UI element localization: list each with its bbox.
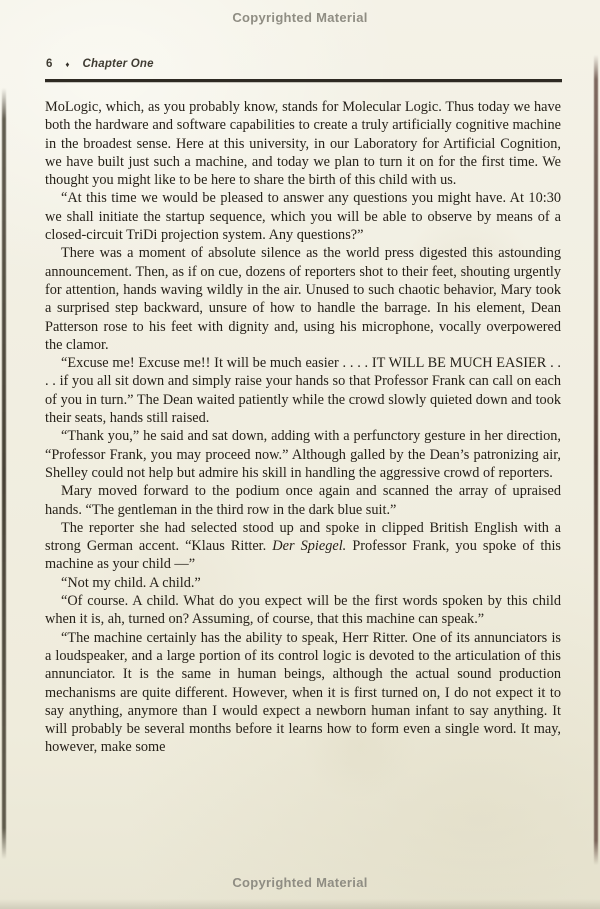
right-scan-edge (594, 55, 598, 865)
paragraph: “Not my child. A child.” (45, 574, 561, 592)
paragraph: The reporter she had selected stood up a… (45, 519, 561, 574)
header-rule (45, 79, 562, 82)
paragraph: “The machine certainly has the ability t… (45, 629, 561, 757)
paragraph: “Thank you,” he said and sat down, addin… (45, 427, 561, 482)
paragraph: MoLogic, which, as you probably know, st… (45, 98, 561, 189)
paragraph: “Of course. A child. What do you expect … (45, 592, 561, 629)
copyright-notice-top: Copyrighted Material (0, 10, 600, 25)
bottom-scan-shade (0, 899, 600, 909)
paragraph: “At this time we would be pleased to ans… (45, 189, 561, 244)
left-scan-edge (2, 88, 6, 859)
body-text: MoLogic, which, as you probably know, st… (45, 98, 561, 757)
paragraph: There was a moment of absolute silence a… (45, 244, 561, 354)
paragraph: Mary moved forward to the podium once ag… (45, 482, 561, 519)
page-number: 6 (46, 58, 52, 70)
running-header: 6 ♦ Chapter One (46, 58, 154, 70)
book-page-scan: Copyrighted Material 6 ♦ Chapter One MoL… (0, 0, 600, 909)
chapter-title: Chapter One (83, 58, 154, 70)
copyright-notice-bottom: Copyrighted Material (0, 875, 600, 890)
paragraph: “Excuse me! Excuse me!! It will be much … (45, 354, 561, 427)
diamond-separator-icon: ♦ (65, 60, 69, 69)
